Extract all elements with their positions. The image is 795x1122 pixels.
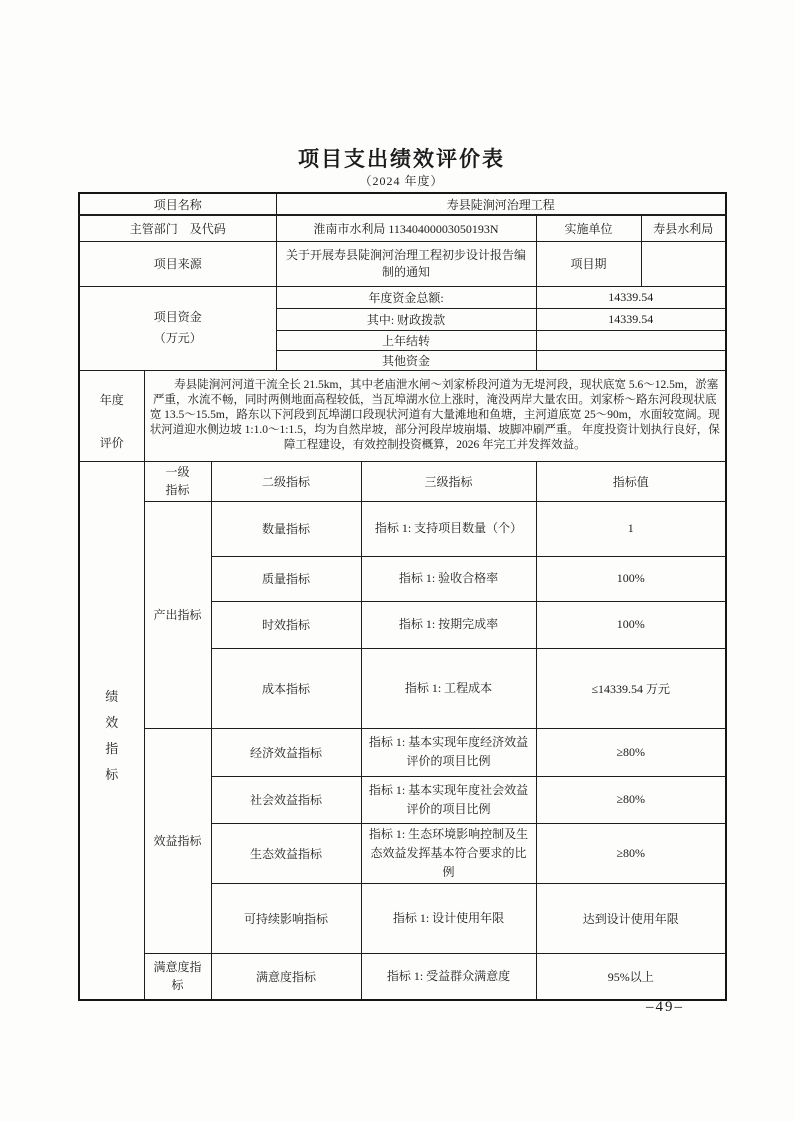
fund-fiscal-label: 其中: 财政拨款 [276,308,536,330]
dept-value: 淮南市水利局 11340400003050193N [276,215,536,241]
l3-social: 指标 1: 基本实现年度社会效益评价的项目比例 [361,776,536,823]
annual-eval-label-2: 评价 [100,434,124,451]
fund-label: 项目资金 [84,307,272,328]
l2-social: 社会效益指标 [211,776,361,823]
fund-fiscal-value: 14339.54 [536,308,726,330]
fund-other-label: 其他资金 [276,350,536,370]
value-sustainability: 达到设计使用年限 [536,883,726,953]
l3-quantity: 指标 1: 支持项目数量（个） [361,501,536,556]
l3-cost: 指标 1: 工程成本 [361,648,536,728]
vertical-char-2: 效 [105,712,118,731]
header-value: 指标值 [536,461,726,501]
page-number: –49– [620,999,710,1016]
page-title: 项目支出绩效评价表 [78,143,725,173]
fund-carryover-label: 上年结转 [276,330,536,350]
row-source: 项目来源 关于开展寿县陡涧河治理工程初步设计报告编制的通知 项目期 [79,241,726,286]
fund-other-value [536,350,726,370]
impl-unit-label: 实施单位 [536,215,641,241]
row-economic-benefit: 效益指标 经济效益指标 指标 1: 基本实现年度经济效益评价的项目比例 ≥80% [79,728,726,776]
performance-indicators-label-cell: 绩 效 指 标 [79,461,144,1000]
source-value-text: 关于开展寿县陡涧河治理工程初步设计报告编制的通知 [286,247,527,281]
row-quantity-indicator: 产出指标 数量指标 指标 1: 支持项目数量（个） 1 [79,501,726,556]
fund-unit: （万元） [84,328,272,349]
group-satisfaction-label: 满意度指标 [144,953,211,1000]
value-satisfaction: 95%以上 [536,953,726,1000]
l2-quality: 质量指标 [211,556,361,601]
annual-eval-text-cell: 寿县陡涧河河道干流全长 21.5km，其中老庙泄水闸～刘家桥段河道为无堤河段，现… [144,370,726,461]
dept-label: 主管部门 及代码 [79,215,276,241]
header-level1-text: 一级指标 [164,463,190,499]
fund-label-cell: 项目资金 （万元） [79,286,276,370]
value-cost: ≤14339.54 万元 [536,648,726,728]
source-value: 关于开展寿县陡涧河治理工程初步设计报告编制的通知 [276,241,536,286]
value-social: ≥80% [536,776,726,823]
l3-satisfaction: 指标 1: 受益群众满意度 [361,953,536,1000]
row-fund-total: 项目资金 （万元） 年度资金总额: 14339.54 [79,286,726,308]
vertical-char-3: 指 [105,738,118,757]
period-label: 项目期 [536,241,641,286]
fund-total-label: 年度资金总额: [276,286,536,308]
page-subtitle: （2024 年度） [78,172,725,189]
l2-cost: 成本指标 [211,648,361,728]
row-annual-evaluation: 年度 评价 寿县陡涧河河道干流全长 21.5km，其中老庙泄水闸～刘家桥段河道为… [79,370,726,461]
project-name-value: 寿县陡涧河治理工程 [276,193,726,215]
document-page: 项目支出绩效评价表 （2024 年度） 项目名称 寿县陡涧河治理工程 主管部门 … [0,0,795,1122]
impl-unit-value: 寿县水利局 [641,215,726,241]
value-timeliness: 100% [536,601,726,648]
l3-sustainability: 指标 1: 设计使用年限 [361,883,536,953]
value-economic: ≥80% [536,728,726,776]
l2-satisfaction: 满意度指标 [211,953,361,1000]
fund-carryover-value [536,330,726,350]
header-level1: 一级指标 [144,461,211,501]
l2-quantity: 数量指标 [211,501,361,556]
vertical-char-1: 绩 [105,686,118,705]
group-satisfaction-label-text: 满意度指标 [150,958,205,994]
l2-ecological: 生态效益指标 [211,823,361,883]
value-quantity: 1 [536,501,726,556]
group-output-label: 产出指标 [144,501,211,728]
annual-eval-label-cell: 年度 评价 [79,370,144,461]
source-label: 项目来源 [79,241,276,286]
row-satisfaction: 满意度指标 满意度指标 指标 1: 受益群众满意度 95%以上 [79,953,726,1000]
l3-timeliness: 指标 1: 按期完成率 [361,601,536,648]
group-benefit-label: 效益指标 [144,728,211,953]
l3-quality: 指标 1: 验收合格率 [361,556,536,601]
row-department: 主管部门 及代码 淮南市水利局 11340400003050193N 实施单位 … [79,215,726,241]
header-level3: 三级指标 [361,461,536,501]
l2-timeliness: 时效指标 [211,601,361,648]
row-indicator-header: 绩 效 指 标 一级指标 二级指标 三级指标 指标值 [79,461,726,501]
l3-ecological: 指标 1: 生态环境影响控制及生态效益发挥基本符合要求的比例 [361,823,536,883]
evaluation-table: 项目名称 寿县陡涧河治理工程 主管部门 及代码 淮南市水利局 113404000… [78,192,727,1001]
fund-total-value: 14339.54 [536,286,726,308]
annual-eval-text: 寿县陡涧河河道干流全长 21.5km，其中老庙泄水闸～刘家桥段河道为无堤河段，现… [150,379,720,451]
value-quality: 100% [536,556,726,601]
header-level2: 二级指标 [211,461,361,501]
annual-eval-label-1: 年度 [100,391,124,408]
row-project-name: 项目名称 寿县陡涧河治理工程 [79,193,726,215]
value-ecological: ≥80% [536,823,726,883]
l2-economic: 经济效益指标 [211,728,361,776]
l3-economic: 指标 1: 基本实现年度经济效益评价的项目比例 [361,728,536,776]
period-value [641,241,726,286]
project-name-label: 项目名称 [79,193,276,215]
l2-sustainability: 可持续影响指标 [211,883,361,953]
vertical-char-4: 标 [105,764,118,783]
